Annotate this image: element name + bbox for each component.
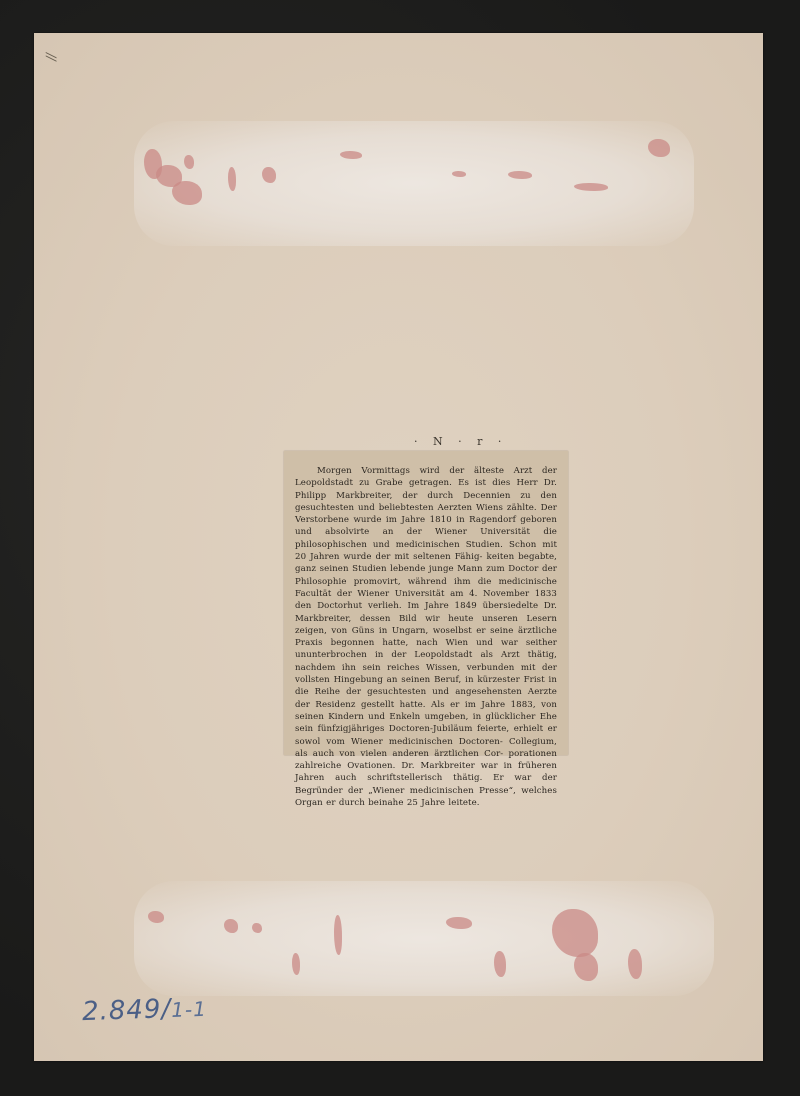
tape-residue-bottom [134,881,714,996]
adhesive-stain [224,919,238,933]
newspaper-clipping: · N · r · Morgen Vormittags wird der ält… [284,451,568,755]
adhesive-stain [148,911,164,923]
adhesive-stain [628,949,642,979]
clipping-text: Morgen Vormittags wird der älteste Arzt … [295,465,557,809]
adhesive-stain [184,155,194,169]
tape-residue-top [134,121,694,246]
catalog-number-main: 2.849/ [82,994,172,1027]
catalog-number-sub: 1-1 [171,997,207,1022]
adhesive-stain [494,951,506,977]
adhesive-stain [340,151,362,159]
corner-pencil-mark: // [16,53,56,65]
adhesive-stain [172,181,202,205]
adhesive-stain [334,915,342,955]
adhesive-stain [574,183,608,191]
adhesive-stain [252,923,262,933]
adhesive-stain [262,167,276,183]
adhesive-stain [292,953,300,975]
mounting-card: // · N · r · Morgen Vormittags wird der … [34,33,763,1061]
handwritten-catalog-number: 2.849/1-1 [82,993,208,1027]
adhesive-stain [508,171,532,179]
adhesive-stain [446,917,472,929]
adhesive-stain [452,171,466,177]
clipping-header-mark: · N · r · [414,435,507,448]
clipping-line: Leopoldstadt zu Grabe getragen. Es ist d… [295,478,538,488]
clipping-line: Morgen Vormittags wird der älteste Arzt … [317,466,557,476]
adhesive-stain [552,909,598,957]
adhesive-stain [228,167,236,191]
adhesive-stain [648,139,670,157]
adhesive-stain [574,953,598,981]
